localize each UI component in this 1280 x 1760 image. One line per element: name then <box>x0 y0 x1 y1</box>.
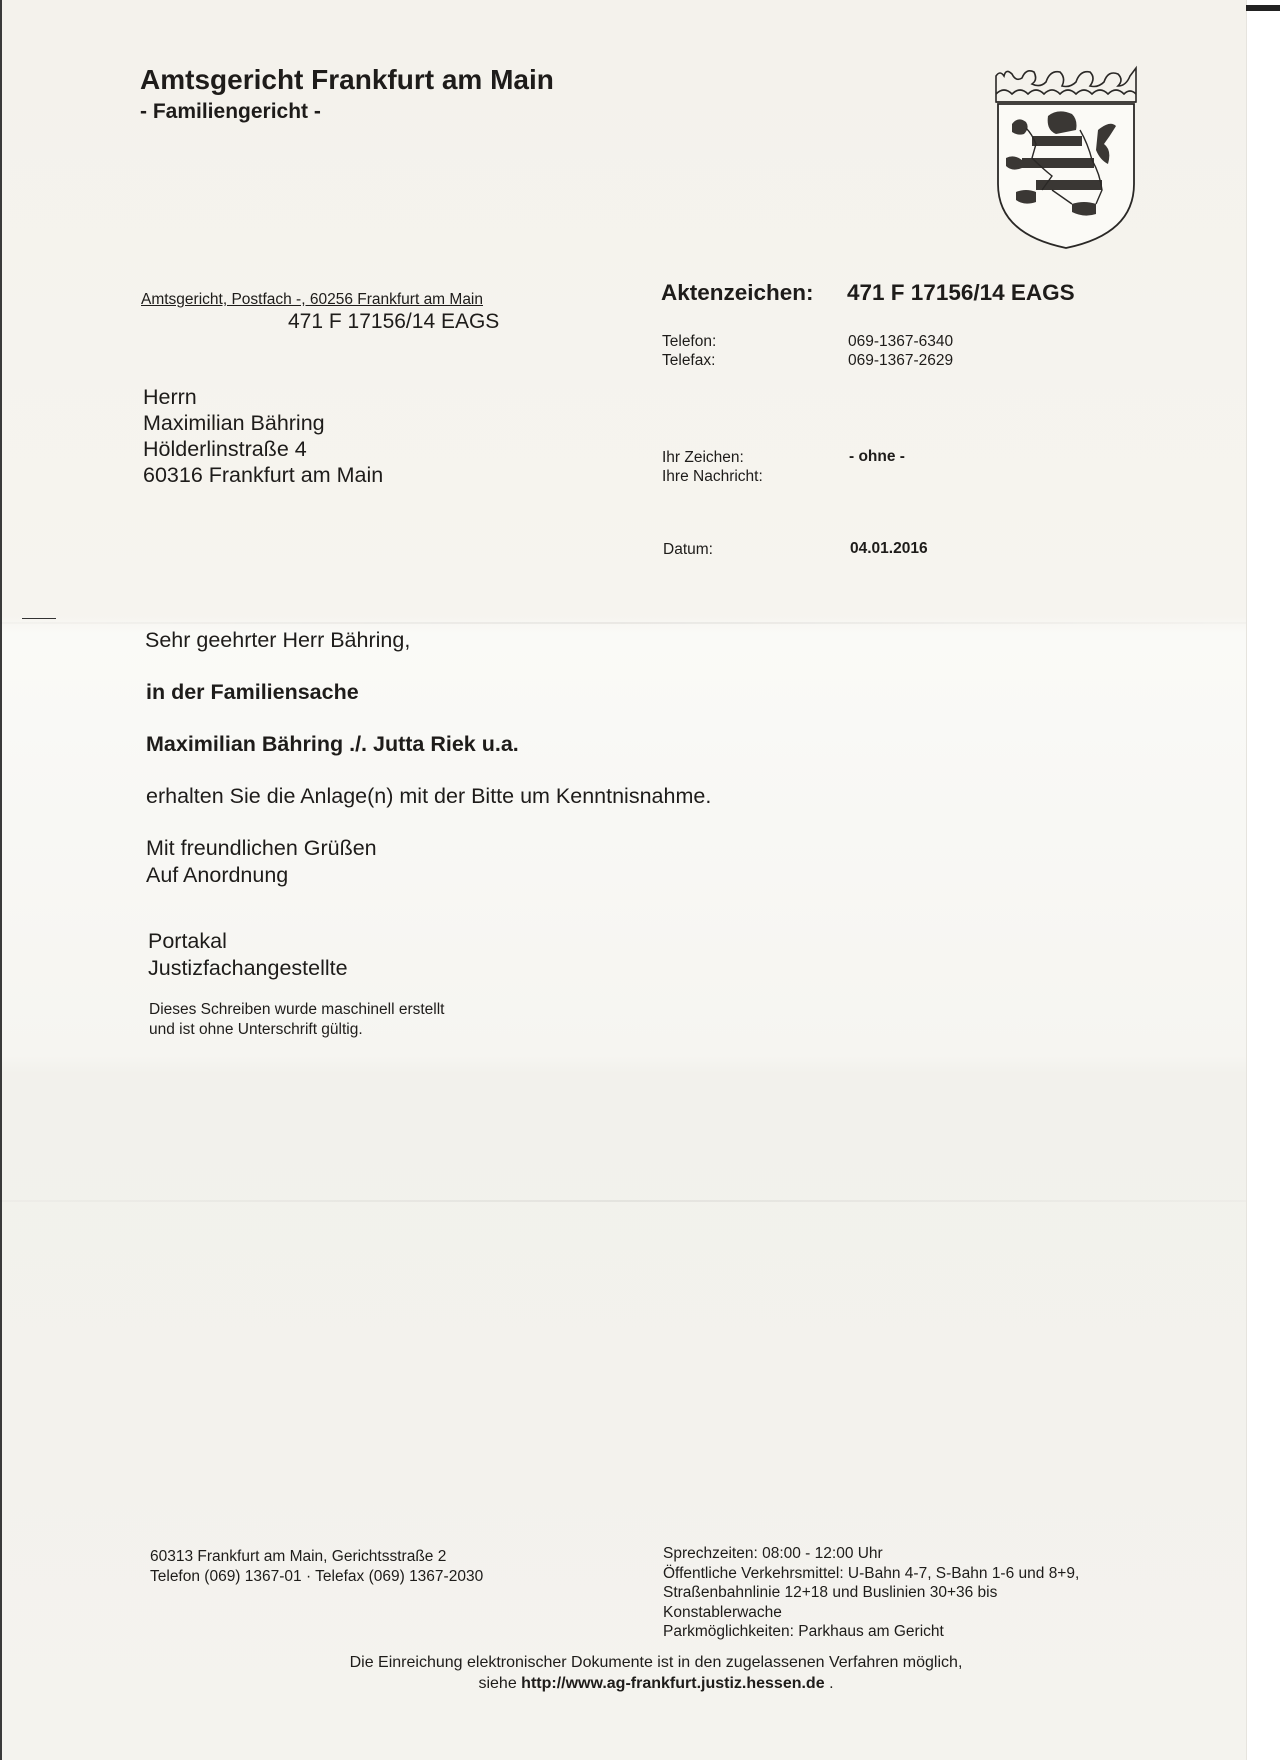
paper-fold <box>0 622 1246 624</box>
footer-court-address: 60313 Frankfurt am Main, Gerichtsstraße … <box>150 1547 483 1586</box>
footer-visitor-info: Sprechzeiten: 08:00 - 12:00 Uhr Öffentli… <box>663 1544 1079 1642</box>
recipient-name: Maximilian Bähring <box>143 410 383 436</box>
phone-label: Telefon: <box>662 333 716 351</box>
signer-title: Justizfachangestellte <box>148 956 348 981</box>
your-message-label: Ihre Nachricht: <box>662 468 763 486</box>
matter-intro: in der Familiensache <box>146 680 359 705</box>
paper-fold <box>0 1200 1246 1202</box>
footer-transit-line: Konstablerwache <box>663 1603 1079 1623</box>
recipient-city: 60316 Frankfurt am Main <box>143 462 383 488</box>
window-reference-number: 471 F 17156/14 EAGS <box>288 310 499 334</box>
footer-transit-line: Straßenbahnlinie 12+18 und Buslinien 30+… <box>663 1583 1079 1603</box>
court-website-link[interactable]: http://www.ag-frankfurt.justiz.hessen.de <box>521 1675 824 1692</box>
date-label: Datum: <box>663 541 713 559</box>
scan-left-edge <box>0 0 2 1760</box>
footer-address-line: 60313 Frankfurt am Main, Gerichtsstraße … <box>150 1547 483 1567</box>
footer-phone-line: Telefon (069) 1367-01 · Telefax (069) 13… <box>150 1567 483 1587</box>
letter-message: erhalten Sie die Anlage(n) mit der Bitte… <box>146 784 711 809</box>
phone-value: 069-1367-6340 <box>848 333 953 351</box>
closing-regards: Mit freundlichen Grüßen <box>146 836 377 861</box>
fax-value: 069-1367-2629 <box>848 352 953 370</box>
greeting: Sehr geehrter Herr Bähring, <box>145 628 410 653</box>
fax-label: Telefax: <box>662 352 715 370</box>
court-name: Amtsgericht Frankfurt am Main <box>140 64 554 96</box>
footer-transit-line: Öffentliche Verkehrsmittel: U-Bahn 4-7, … <box>663 1564 1079 1584</box>
date-value: 04.01.2016 <box>850 540 928 558</box>
case-number-label: Aktenzeichen: <box>661 280 814 306</box>
your-reference-value: - ohne - <box>849 448 905 466</box>
footer-office-hours: Sprechzeiten: 08:00 - 12:00 Uhr <box>663 1544 1079 1564</box>
recipient-address: Herrn Maximilian Bähring Hölderlinstraße… <box>143 384 383 488</box>
machine-generated-note: Dieses Schreiben wurde maschinell erstel… <box>149 1000 445 1040</box>
recipient-street: Hölderlinstraße 4 <box>143 436 383 462</box>
scan-border <box>1246 0 1280 1760</box>
recipient-salutation: Herrn <box>143 384 383 410</box>
fold-mark <box>22 618 56 619</box>
scan-corner-mark <box>1246 5 1280 11</box>
court-division: - Familiengericht - <box>140 100 321 124</box>
signer-name: Portakal <box>148 929 227 954</box>
your-reference-label: Ihr Zeichen: <box>662 449 744 467</box>
footer-electronic-notice: Die Einreichung elektronischer Dokumente… <box>0 1652 1280 1694</box>
footer-parking: Parkmöglichkeiten: Parkhaus am Gericht <box>663 1622 1079 1642</box>
hessen-coat-of-arms-icon <box>992 64 1140 250</box>
case-parties: Maximilian Bähring ./. Jutta Riek u.a. <box>146 732 519 757</box>
return-address: Amtsgericht, Postfach -, 60256 Frankfurt… <box>141 291 483 309</box>
closing-by-order: Auf Anordnung <box>146 863 288 888</box>
case-number-value: 471 F 17156/14 EAGS <box>847 280 1075 306</box>
